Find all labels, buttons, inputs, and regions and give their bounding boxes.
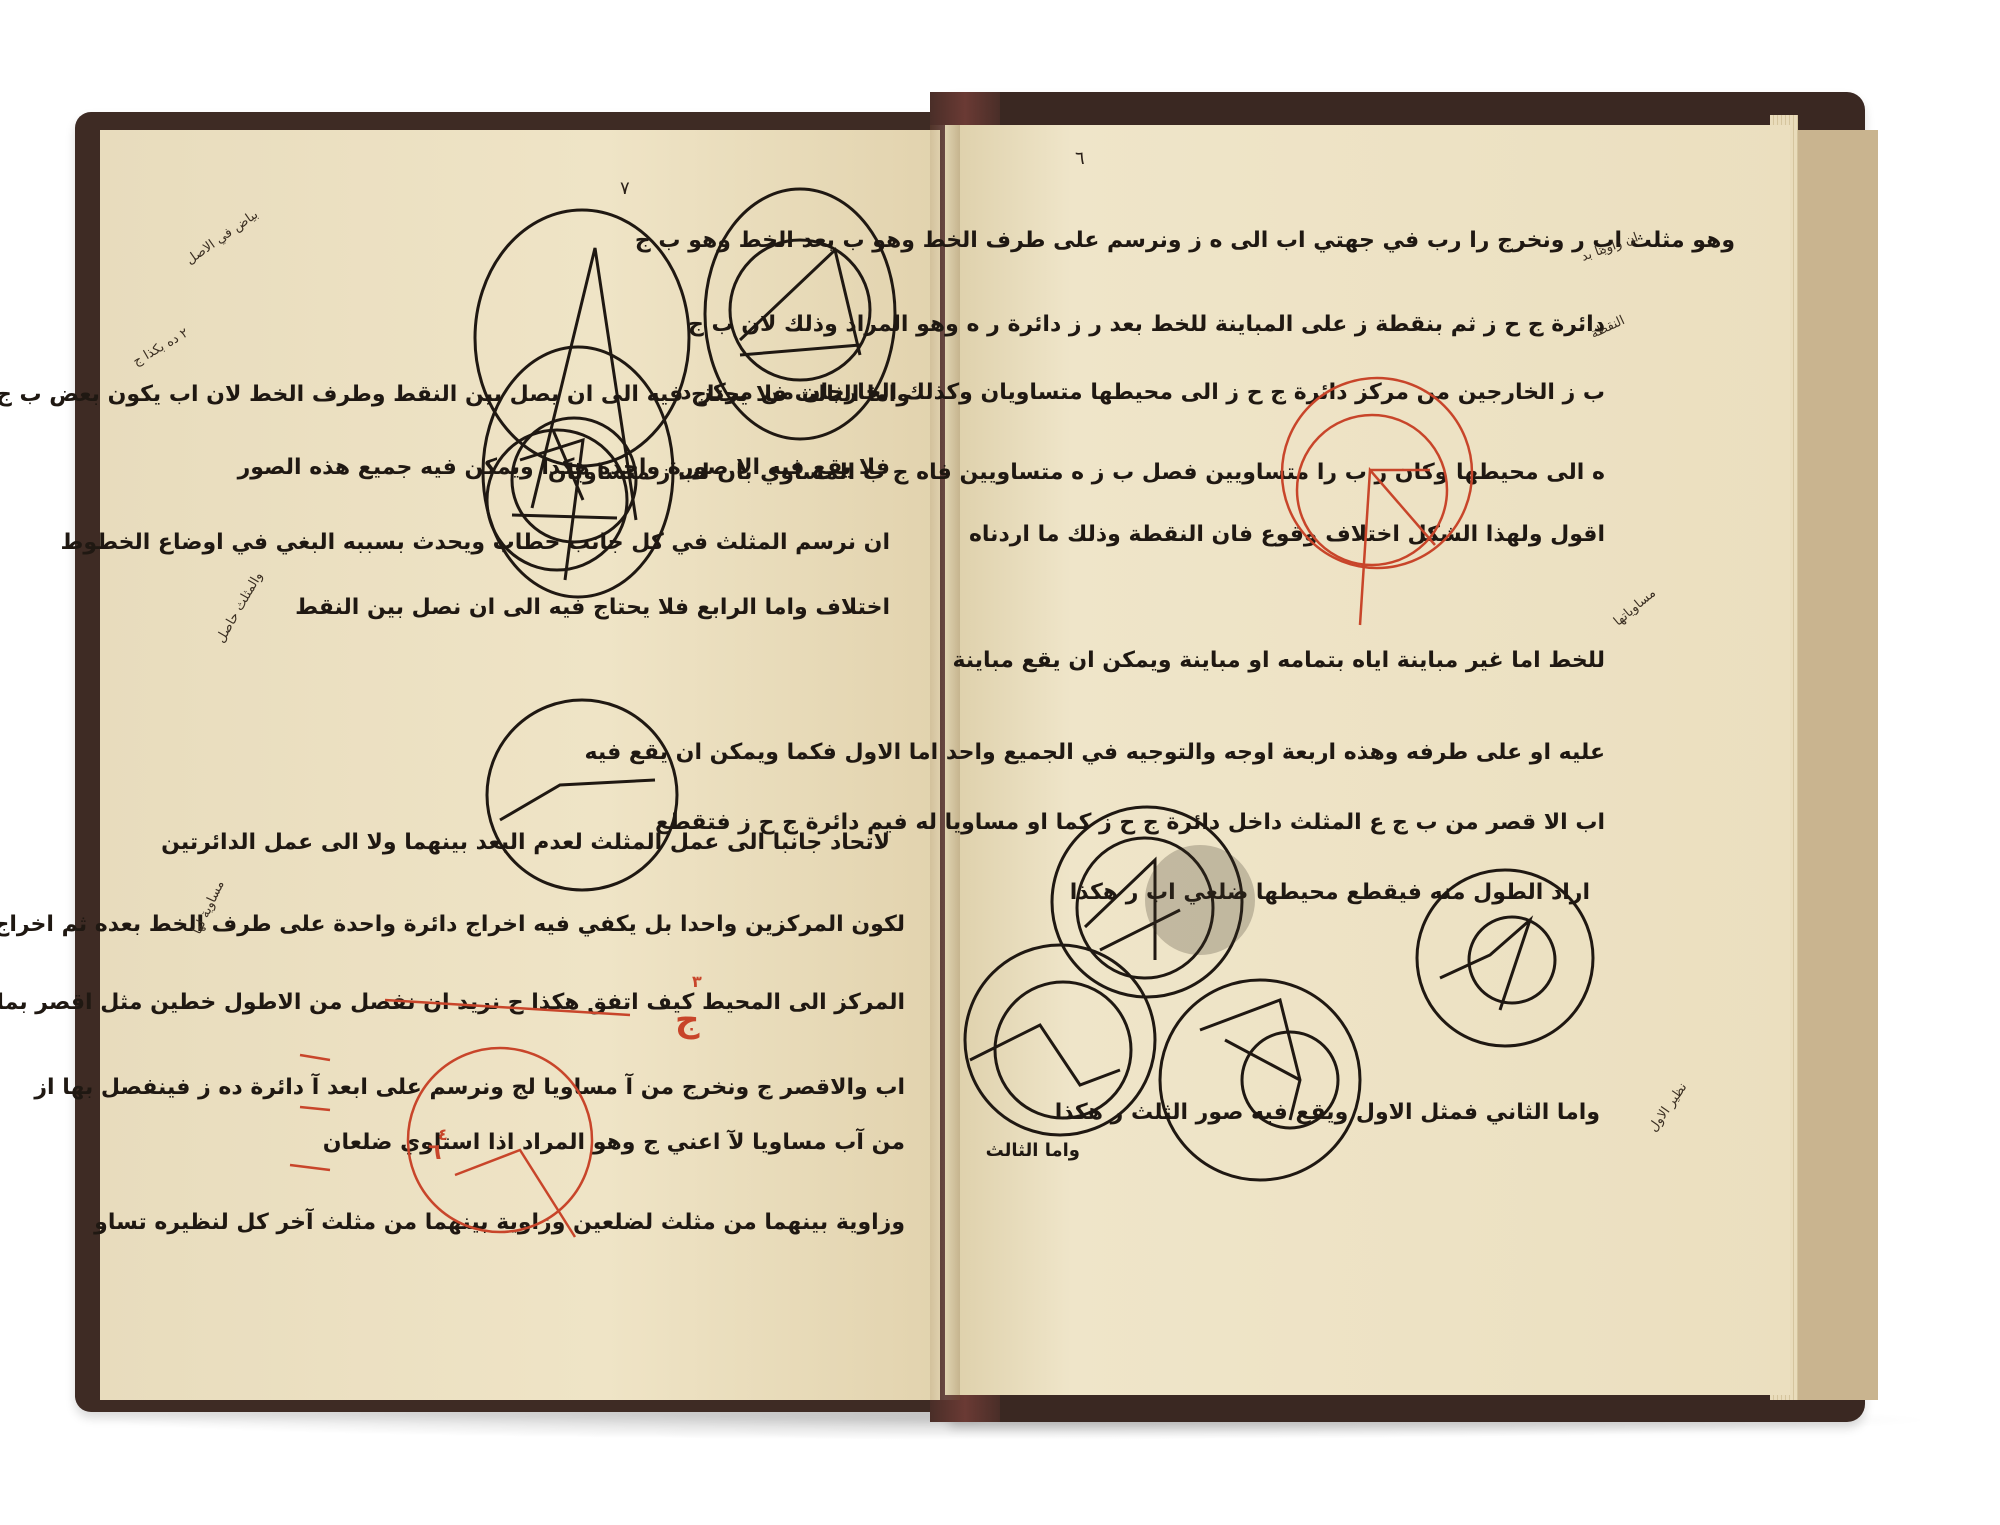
endpaper <box>1790 130 1878 1400</box>
left-text-line: ان نرسم المثلث في كل جانب خطاب ويحدث بسب… <box>590 530 890 555</box>
right-text-line: دائرة ج ح ز ثم بنقطة ز على المباينة للخط… <box>955 312 1605 337</box>
right-text-line: واما الثاني فمثل الاول ويقع فيه صور الثل… <box>1220 1100 1600 1125</box>
left-folio-mark: ٧ <box>620 178 630 199</box>
right-text-line: اب الا قصر من ب ج ع المثلث داخل دائرة ج … <box>955 810 1605 835</box>
red-letter-mark: ج <box>675 1000 700 1040</box>
left-text-line: اختلاف واما الرابع فلا يحتاج فيه الى ان … <box>590 595 890 620</box>
left-text-line: وزاوية بينهما من مثلث لضلعين وزاوية بينه… <box>305 1210 905 1235</box>
manuscript-photo: ٧ ٦ واما الثالث فلا يحتاج فيه الى ان يصل… <box>0 0 2000 1525</box>
left-text-line: لكون المركزين واحدا بل يكفي فيه اخراج دا… <box>305 912 905 937</box>
right-text-line: اقول ولهذا الشكل اختلاف وقوع فان النقطة … <box>955 522 1605 547</box>
left-text-line: من آب مساويا لآ اعني ج وهو المراد اذا اس… <box>655 1130 905 1155</box>
left-text-line: اب والاقصر ج ونخرج من آ مساويا لج ونرسم … <box>305 1075 905 1100</box>
right-folio-mark: ٦ <box>1075 148 1085 169</box>
red-number-mark: ٣ <box>692 972 702 991</box>
right-text-line: للخط اما غير مباينة اياه بتمامه او مباين… <box>955 648 1605 673</box>
left-text-line: المركز الى المحيط كيف اتفق هكذا ج نريد ا… <box>305 990 905 1015</box>
red-number-mark: ٦ <box>428 1140 441 1165</box>
right-text-line: ه الى محيطها وكان ر ب را متساويين فصل ب … <box>955 460 1605 485</box>
right-text-line: عليه او على طرفه وهذه اربعة اوجه والتوجي… <box>955 740 1605 765</box>
right-text-line: ب ز الخارجين من مركز دائرة ج ح ز الى محي… <box>955 380 1605 405</box>
right-text-line: واما الثالث <box>980 1140 1080 1161</box>
right-text-line: اراد الطول منه فيقطع محيطها ضلعي اب ر هك… <box>1120 880 1590 905</box>
